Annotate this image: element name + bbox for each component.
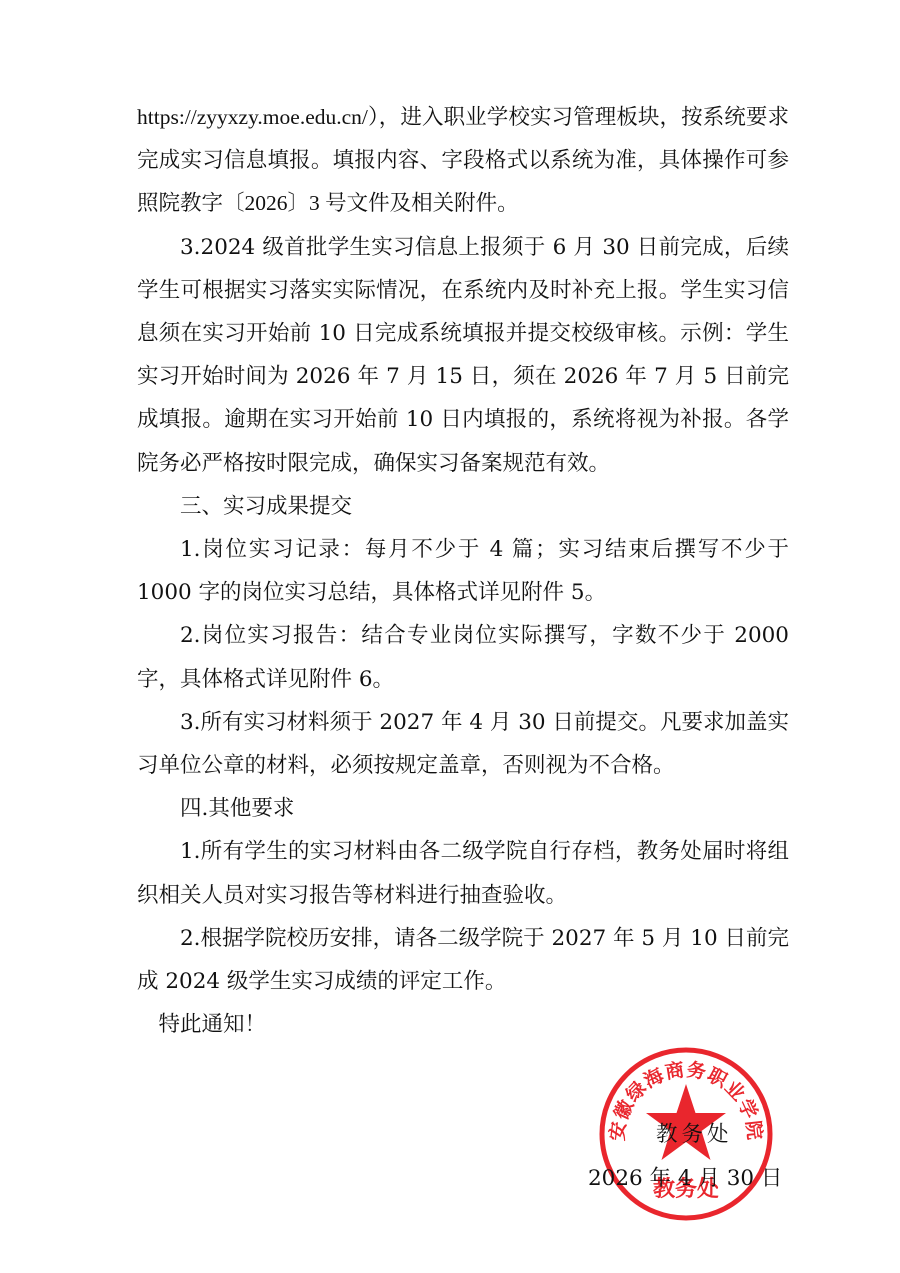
closing-remark: 特此通知！ (137, 1003, 789, 1046)
paragraph-reporting-deadline: 3.2024 级首批学生实习信息上报须于 6 月 30 日前完成，后续学生可根据… (137, 226, 789, 485)
document-page: https://zyyxzy.moe.edu.cn/），进入职业学校实习管理板块… (0, 0, 900, 1273)
paragraph-grading: 2.根据学院校历安排，请各二级学院于 2027 年 5 月 10 日前完成 20… (137, 917, 789, 1003)
section-heading-other-requirements: 四.其他要求 (137, 787, 789, 830)
paragraph-system-instructions: https://zyyxzy.moe.edu.cn/），进入职业学校实习管理板块… (137, 96, 789, 226)
signature-date: 2026 年 4 月 30 日 (588, 1161, 782, 1192)
paragraph-internship-report: 2.岗位实习报告：结合专业岗位实际撰写，字数不少于 2000 字，具体格式详见附… (137, 614, 789, 700)
section-heading-results-submission: 三、实习成果提交 (137, 485, 789, 528)
paragraph-internship-records: 1.岗位实习记录：每月不少于 4 篇；实习结束后撰写不少于 1000 字的岗位实… (137, 528, 789, 614)
paragraph-archiving: 1.所有学生的实习材料由各二级学院自行存档，教务处届时将组织相关人员对实习报告等… (137, 830, 789, 916)
signature-office: 教务处 (656, 1117, 733, 1148)
paragraph-submission-deadline: 3.所有实习材料须于 2027 年 4 月 30 日前提交。凡要求加盖实习单位公… (137, 701, 789, 787)
document-body: https://zyyxzy.moe.edu.cn/），进入职业学校实习管理板块… (137, 96, 789, 1046)
